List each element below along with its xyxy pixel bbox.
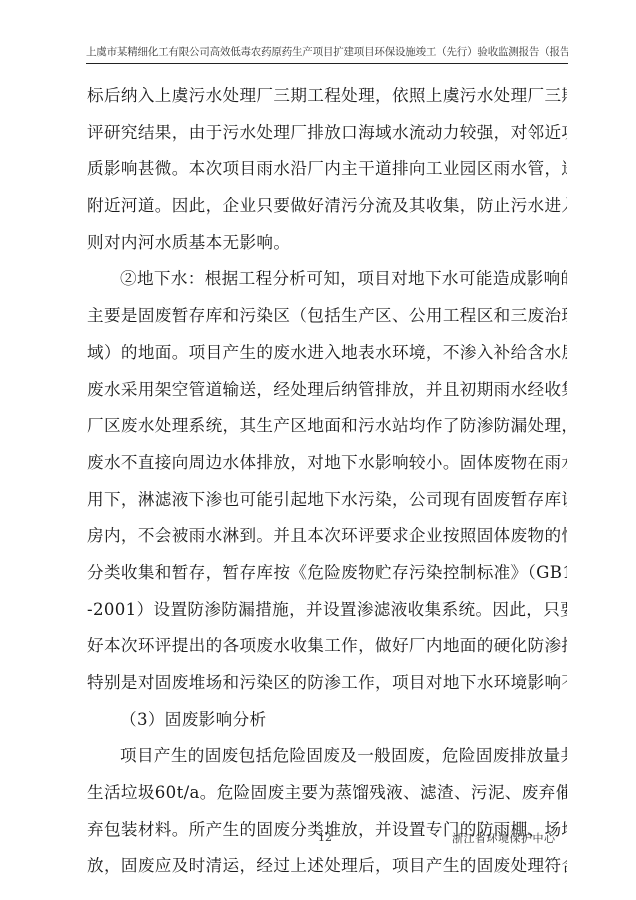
page-number: 12	[318, 831, 332, 844]
document-body: 标后纳入上虞污水处理厂三期工程处理，依照上虞污水处理厂三期工程环评研究结果，由于…	[87, 78, 567, 885]
text-line: 评研究结果，由于污水处理厂排放口海域水流动力较强，对邻近功能区水	[87, 115, 567, 152]
text-line: 房内，不会被雨水淋到。并且本次环评要求企业按照固体废物的性质进行	[87, 518, 567, 555]
text-line: 废水不直接向周边水体排放，对地下水影响较小。固体废物在雨水淋滤作	[87, 445, 567, 482]
text-line: ②地下水：根据工程分析可知，项目对地下水可能造成影响的污染源	[87, 261, 567, 298]
text-line: 项目产生的固废包括危险固废及一般固废，危险固废排放量共412t/a，	[87, 738, 567, 775]
text-line: （3）固废影响分析	[87, 702, 567, 739]
text-line: 好本次环评提出的各项废水收集工作，做好厂内地面的硬化防渗措施，	[87, 628, 567, 665]
text-line: 标后纳入上虞污水处理厂三期工程处理，依照上虞污水处理厂三期工程环	[87, 78, 567, 115]
text-line: 废水采用架空管道输送，经处理后纳管排放，并且初期雨水经收集后进入	[87, 372, 567, 409]
text-line: 主要是固废暂存库和污染区（包括生产区、公用工程区和三废治理设施区	[87, 298, 567, 335]
header-divider	[86, 63, 568, 64]
page-header: 上虞市某精细化工有限公司高效低毒农药原药生产项目扩建项目环保设施竣工（先行）验收…	[86, 44, 568, 62]
text-line: 附近河道。因此，企业只要做好清污分流及其收集，防止污水进入内河，	[87, 188, 567, 225]
text-line: 域）的地面。项目产生的废水进入地表水环境，不渗入补给含水层，项目	[87, 335, 567, 372]
text-line: 生活垃圾60t/a。危险固废主要为蒸馏残液、滤渣、污泥、废弃催化剂及废	[87, 775, 567, 812]
text-line: 质影响甚微。本次项目雨水沿厂内主干道排向工业园区雨水管，进入	[87, 151, 567, 188]
text-line: -2001）设置防渗防漏措施，并设置渗滤液收集系统。因此，只要切实落实	[87, 592, 567, 629]
text-line: 放，固废应及时清运，经过上述处理后，项目产生的固废处理符合环保要	[87, 848, 567, 885]
text-line: 则对内河水质基本无影响。	[87, 225, 567, 262]
text-line: 特别是对固废堆场和污染区的防渗工作，项目对地下水环境影响不大。	[87, 665, 567, 702]
text-line: 分类收集和暂存，暂存库按《危险废物贮存污染控制标准》（GB18597	[87, 555, 567, 592]
text-line: 厂区废水处理系统，其生产区地面和污水站均作了防渗防漏处理，因此其	[87, 408, 567, 445]
footer-organization: 浙江省环境保护中心	[452, 830, 556, 846]
text-line: 用下，淋滤液下渗也可能引起地下水污染，公司现有固废暂存库设置在库	[87, 482, 567, 519]
